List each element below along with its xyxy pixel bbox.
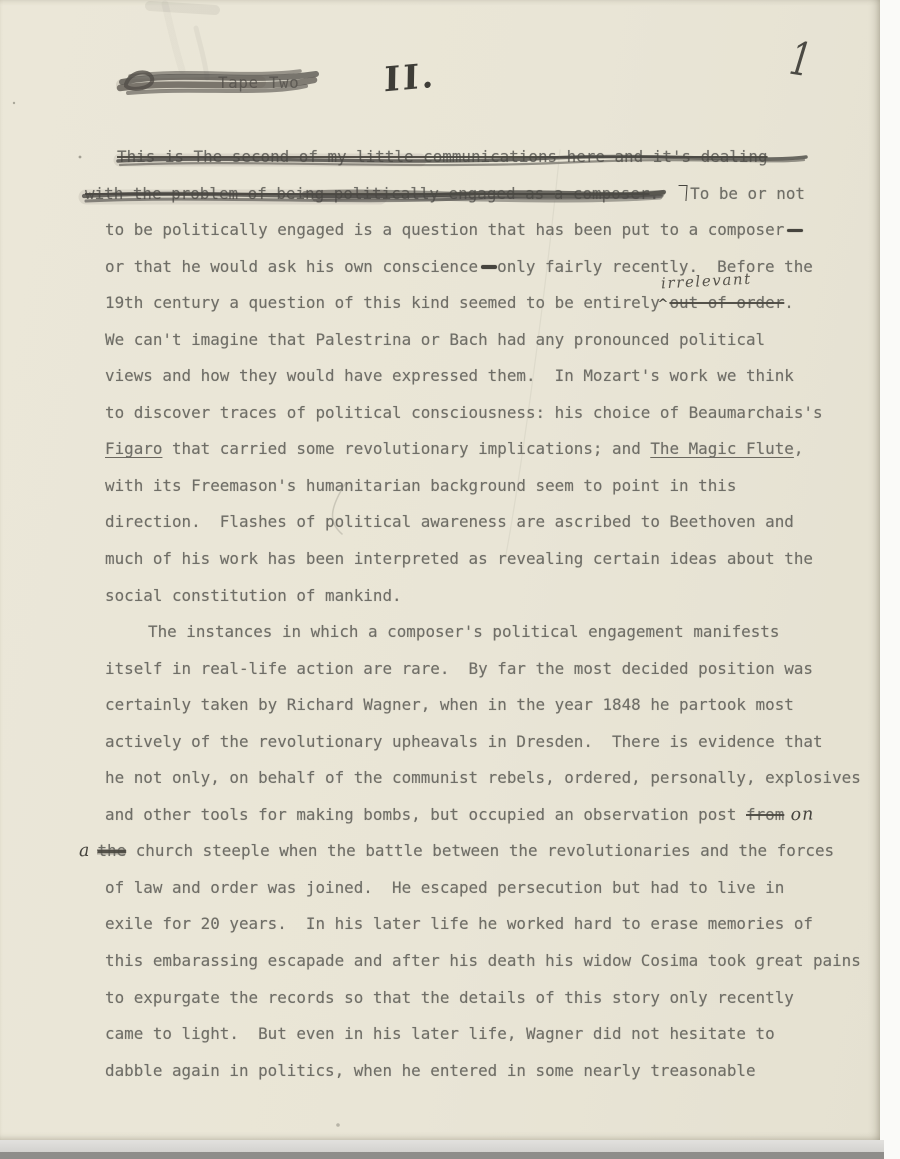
typed-line: with the problem of being politically en… <box>85 176 861 213</box>
typed-text: to be politically engaged is a question … <box>105 220 784 239</box>
typed-text: social constitution of mankind. <box>105 586 402 605</box>
typed-line: he not only, on behalf of the communist … <box>105 760 861 797</box>
typed-line: exile for 20 years. In his later life he… <box>105 906 861 943</box>
handwritten-page-number: 1 <box>786 31 815 88</box>
typed-line: This is The second of my little communic… <box>117 139 861 176</box>
handwritten-insertion: on <box>784 796 816 834</box>
typed-line: direction. Flashes of political awarenes… <box>105 504 861 541</box>
typed-text: to expurgate the records so that the det… <box>105 988 794 1007</box>
insertion-mark-icon <box>678 185 688 201</box>
handwritten-insertion: a <box>78 833 91 870</box>
scan-edge-dark-strip <box>0 1152 884 1159</box>
typed-line: and other tools for making bombs, but oc… <box>105 797 861 834</box>
typed-text: of law and order was joined. He escaped … <box>105 878 784 897</box>
typed-line: came to light. But even in his later lif… <box>105 1016 861 1053</box>
typed-line: with its Freemason's humanitarian backgr… <box>105 468 861 505</box>
typed-line: this embarassing escapade and after his … <box>105 943 861 980</box>
typed-line: certainly taken by Richard Wagner, when … <box>105 687 861 724</box>
typed-text: actively of the revolutionary upheavals … <box>105 732 823 751</box>
typed-line: social constitution of mankind. <box>105 578 861 615</box>
typed-text: We can't imagine that Palestrina or Bach… <box>105 330 765 349</box>
struck-text: the <box>97 841 126 860</box>
typed-text: exile for 20 years. In his later life he… <box>105 914 813 933</box>
typed-line: of law and order was joined. He escaped … <box>105 870 861 907</box>
typed-line: actively of the revolutionary upheavals … <box>105 724 861 761</box>
typed-text: to discover traces of political consciou… <box>105 403 823 422</box>
struck-text: This is The second of my little communic… <box>117 147 768 166</box>
typed-text: . <box>784 293 794 312</box>
typed-line: to discover traces of political consciou… <box>105 395 861 432</box>
typed-line: The instances in which a composer's poli… <box>148 614 861 651</box>
annotated-struck-text: out of orderirrelevant^ <box>669 293 784 312</box>
typed-text: only fairly recently. Before the <box>497 257 813 276</box>
typed-line: itself in real-life action are rare. By … <box>105 651 861 688</box>
typed-text: itself in real-life action are rare. By … <box>105 659 813 678</box>
typed-text: he not only, on behalf of the communist … <box>105 768 861 787</box>
insertion-caret-mark: ^ <box>657 287 668 324</box>
underlined-title: The Magic Flute <box>650 439 794 458</box>
scan-edge-shadow <box>0 1140 884 1152</box>
typed-line: 19th century a question of this kind see… <box>105 285 861 322</box>
typed-text: dabble again in politics, when he entere… <box>105 1061 756 1080</box>
typed-text: To be or not <box>690 184 805 203</box>
typed-lines: This is The second of my little communic… <box>105 139 861 1089</box>
scribbled-title-remnant: Tape Two <box>218 73 299 92</box>
pencil-smudge <box>150 4 215 78</box>
struck-text: from <box>746 805 784 824</box>
typed-text: church steeple when the battle between t… <box>126 841 834 860</box>
typed-text: much of his work has been interpreted as… <box>105 549 813 568</box>
typed-text: and other tools for making bombs, but oc… <box>105 805 746 824</box>
struck-text: with the problem of being politically en… <box>85 184 649 203</box>
typed-text: came to light. But even in his later lif… <box>105 1024 775 1043</box>
typed-line: views and how they would have expressed … <box>105 358 861 395</box>
typed-text: or that he would ask his own conscience <box>105 257 478 276</box>
typed-line: to expurgate the records so that the det… <box>105 980 861 1017</box>
typed-line: much of his work has been interpreted as… <box>105 541 861 578</box>
typed-line: dabble again in politics, when he entere… <box>105 1053 861 1090</box>
manuscript-page: Tape Two II. 1 This is The second of my … <box>0 0 880 1140</box>
handwritten-dash-mark <box>787 229 803 233</box>
handwritten-section-numeral: II. <box>384 56 437 101</box>
typed-line: to be politically engaged is a question … <box>105 212 861 249</box>
typed-text: certainly taken by Richard Wagner, when … <box>105 695 794 714</box>
handwritten-dash-mark <box>481 265 497 269</box>
typed-text: , <box>794 439 804 458</box>
typed-text: direction. Flashes of political awarenes… <box>105 512 794 531</box>
handwritten-note: irrelevant <box>661 260 754 301</box>
typed-text: that carried some revolutionary implicat… <box>162 439 650 458</box>
typed-line: We can't imagine that Palestrina or Bach… <box>105 322 861 359</box>
typed-text: with its Freemason's humanitarian backgr… <box>105 476 736 495</box>
underlined-title: Figaro <box>105 439 162 458</box>
typed-text: views and how they would have expressed … <box>105 366 794 385</box>
typed-text: 19th century a question of this kind see… <box>105 293 669 312</box>
typed-text: The instances in which a composer's poli… <box>148 622 779 641</box>
typed-text: . <box>649 184 678 203</box>
typed-line: Figaro that carried some revolutionary i… <box>105 431 861 468</box>
typed-text: this embarassing escapade and after his … <box>105 951 861 970</box>
typed-line: athe church steeple when the battle betw… <box>105 833 861 870</box>
